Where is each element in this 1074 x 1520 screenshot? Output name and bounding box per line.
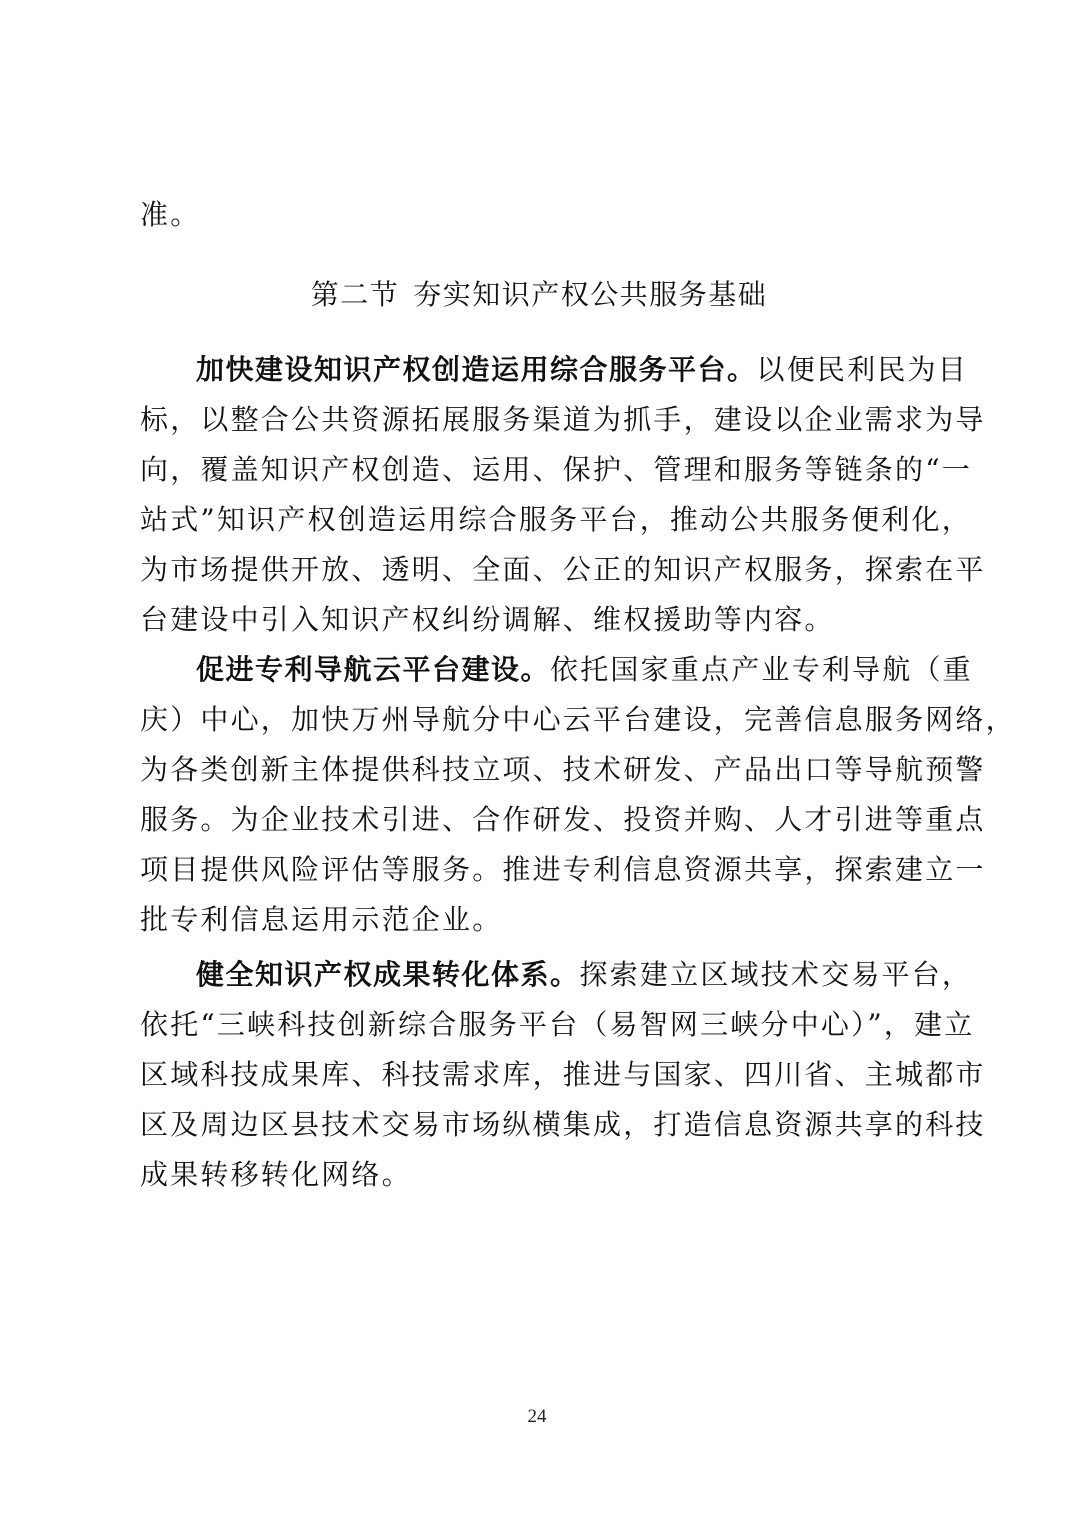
paragraph-3-heading: 健全知识产权成果转化体系。 xyxy=(196,958,580,991)
paragraph-3-line-2: 依托“三峡科技创新综合服务平台（易智网三峡分中心）”，建立 xyxy=(140,1005,940,1045)
continuation-line: 准。 xyxy=(140,195,940,235)
paragraph-3-line-4: 区及周边区县技术交易市场纵横集成，打造信息资源共享的科技 xyxy=(140,1105,940,1145)
paragraph-2-line-1: 促进专利导航云平台建设。依托国家重点产业专利导航（重 xyxy=(196,650,940,690)
paragraph-1-heading: 加快建设知识产权创造运用综合服务平台。 xyxy=(196,353,757,386)
section-number: 第二节 xyxy=(311,278,400,311)
paragraph-3-line-3: 区域科技成果库、科技需求库，推进与国家、四川省、主城都市 xyxy=(140,1055,940,1095)
paragraph-3-line-1: 健全知识产权成果转化体系。探索建立区域技术交易平台， xyxy=(196,955,940,995)
paragraph-1-line-6: 台建设中引入知识产权纠纷调解、维权援助等内容。 xyxy=(140,600,940,640)
paragraph-3-text: 探索建立区域技术交易平台， xyxy=(580,958,973,991)
paragraph-2-line-3: 为各类创新主体提供科技立项、技术研发、产品出口等导航预警 xyxy=(140,750,940,790)
paragraph-1-line-2: 标，以整合公共资源拓展服务渠道为抓手，建设以企业需求为导 xyxy=(140,400,940,440)
paragraph-3-line-5: 成果转移转化网络。 xyxy=(140,1155,940,1195)
paragraph-1-text: 以便民利民为目 xyxy=(757,353,968,386)
section-heading: 第二节夯实知识产权公共服务基础 xyxy=(0,275,1074,315)
paragraph-2-line-5: 项目提供风险评估等服务。推进专利信息资源共享，探索建立一 xyxy=(140,850,940,890)
paragraph-1-line-3: 向，覆盖知识产权创造、运用、保护、管理和服务等链条的“一 xyxy=(140,450,940,490)
paragraph-1-line-4: 站式”知识产权创造运用综合服务平台，推动公共服务便利化， xyxy=(140,500,940,540)
paragraph-1-line-1: 加快建设知识产权创造运用综合服务平台。以便民利民为目 xyxy=(196,350,940,390)
paragraph-2-text: 依托国家重点产业专利导航（重 xyxy=(550,653,973,686)
page-number: 24 xyxy=(0,1405,1074,1429)
section-title: 夯实知识产权公共服务基础 xyxy=(413,278,767,311)
paragraph-2-heading: 促进专利导航云平台建设。 xyxy=(196,653,550,686)
paragraph-2-line-4: 服务。为企业技术引进、合作研发、投资并购、人才引进等重点 xyxy=(140,800,940,840)
document-page: 准。 第二节夯实知识产权公共服务基础 加快建设知识产权创造运用综合服务平台。以便… xyxy=(0,0,1074,1520)
paragraph-2-line-6: 批专利信息运用示范企业。 xyxy=(140,900,940,940)
paragraph-2-line-2: 庆）中心，加快万州导航分中心云平台建设，完善信息服务网络， xyxy=(140,700,940,740)
paragraph-1-line-5: 为市场提供开放、透明、全面、公正的知识产权服务，探索在平 xyxy=(140,550,940,590)
